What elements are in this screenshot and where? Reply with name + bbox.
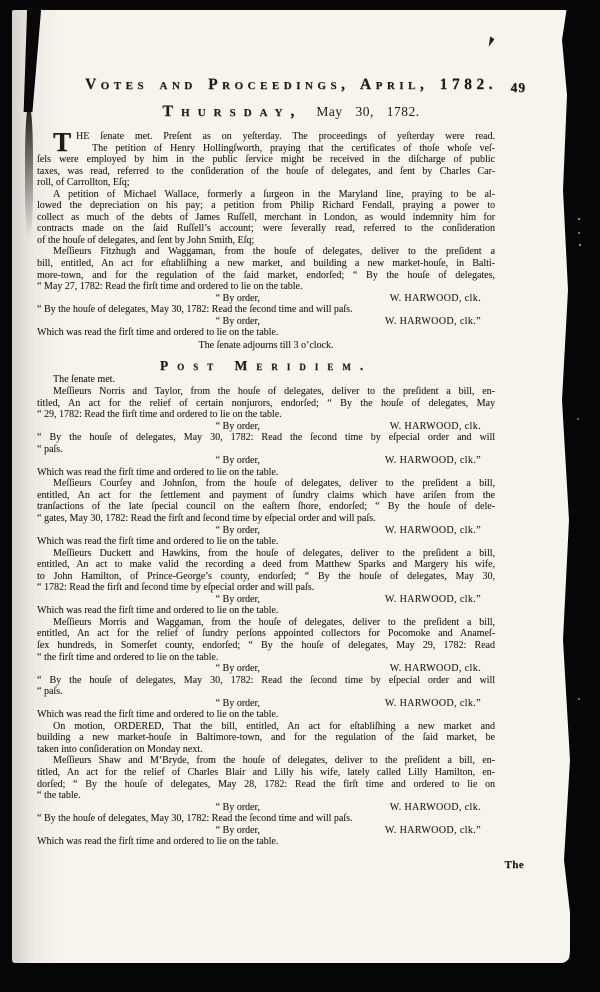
text-line: “ By the houſe of delegates, May 30, 178… xyxy=(37,813,495,825)
text-line: The petition of Henry Hollingſworth, pra… xyxy=(37,143,495,155)
attestation-row: “ By order,W. HARWOOD, clk.” xyxy=(37,525,495,537)
paragraph: Meſſieurs Duckett and Hawkins, from the … xyxy=(37,548,495,594)
paragraph: Which was read the firſt time and ordere… xyxy=(37,536,495,548)
text-line: Which was read the firſt time and ordere… xyxy=(37,467,495,479)
paragraph: Which was read the firſt time and ordere… xyxy=(37,836,495,848)
text-line: Meſſieurs Shaw and M‘Bryde, from the hou… xyxy=(37,755,495,767)
binding-shadow xyxy=(21,8,43,112)
paragraph: Which was read the firſt time and ordere… xyxy=(37,467,495,479)
text-line: roll, of Carrollton, Eſq; xyxy=(37,177,495,189)
text-line: tranſactions of the late ſpecial council… xyxy=(37,501,495,513)
text-line: Which was read the firſt time and ordere… xyxy=(37,836,495,848)
paragraph: Meſſieurs Morris and Waggaman, from the … xyxy=(37,617,495,663)
text-line: Which was read the firſt time and ordere… xyxy=(37,327,495,339)
clerk-signature: W. HARWOOD, clk.” xyxy=(385,698,481,710)
by-order-label: “ By order, xyxy=(216,316,260,328)
by-order-label: “ By order, xyxy=(216,455,260,467)
clerk-signature: W. HARWOOD, clk. xyxy=(390,663,481,675)
text-line: “ paſs. xyxy=(37,686,495,698)
adjournment-line: The ſenate adjourns till 3 o’clock. xyxy=(37,340,495,352)
text-line: Meſſieurs Morris and Waggaman, from the … xyxy=(37,617,495,629)
scan-dust xyxy=(578,218,580,220)
text-line: “ By the houſe of delegates, May 30, 178… xyxy=(37,432,495,444)
paragraph: Which was read the firſt time and ordere… xyxy=(37,605,495,617)
text-line: lowed the depreciation on his pay; a pet… xyxy=(37,200,495,212)
text-line: contracts made on the ſaid Ruſſell’s acc… xyxy=(37,223,495,235)
by-order-label: “ By order, xyxy=(216,421,260,433)
paragraph: “ By the houſe of delegates, May 30, 178… xyxy=(37,813,495,825)
paragraph: Which was read the firſt time and ordere… xyxy=(37,327,495,339)
text-line: taken into conſideration on Monday next. xyxy=(37,744,495,756)
text-line: A petition of Michael Wallace, formerly … xyxy=(37,189,495,201)
text-line: ſels were employed by him in the public … xyxy=(37,154,495,166)
text-line: ſex hundreds, in Somerſet county, endorſ… xyxy=(37,640,495,652)
attestation-row: “ By order,W. HARWOOD, clk.” xyxy=(37,316,495,328)
ink-speck xyxy=(486,36,495,47)
page-header: Votes and Proceedings, April, 1782. 49 xyxy=(12,76,570,94)
attestation-row: “ By order,W. HARWOOD, clk. xyxy=(37,663,495,675)
document-body: THE ſenate met. Preſent as on yeſterday.… xyxy=(12,131,570,848)
clerk-signature: W. HARWOOD, clk.” xyxy=(385,825,481,837)
text-line: Meſſieurs Duckett and Hawkins, from the … xyxy=(37,548,495,560)
text-line: On motion, ORDERED, That the bill, entit… xyxy=(37,721,495,733)
section-heading-post-meridiem: Post Meridiem. xyxy=(37,360,495,372)
page-number: 49 xyxy=(511,80,527,96)
dateline-date: May 30, 1782. xyxy=(316,104,419,119)
scan-background: Votes and Proceedings, April, 1782. 49 T… xyxy=(0,0,600,992)
text-line: entitled, An act for the ſettlement and … xyxy=(37,490,495,502)
dateline: Thursday, May 30, 1782. xyxy=(12,103,570,121)
paragraph: Meſſieurs Shaw and M‘Bryde, from the hou… xyxy=(37,755,495,801)
attestation-row: “ By order,W. HARWOOD, clk. xyxy=(37,802,495,814)
text-line: The ſenate met. xyxy=(37,374,495,386)
text-line: Which was read the firſt time and ordere… xyxy=(37,605,495,617)
text-line: “ 1782: Read the firſt and ſecond time b… xyxy=(37,582,495,594)
text-line: Meſſieurs Norris and Taylor, from the ho… xyxy=(37,386,495,398)
text-line: Meſſieurs Fitzhugh and Waggaman, from th… xyxy=(37,246,495,258)
clerk-signature: W. HARWOOD, clk. xyxy=(390,802,481,814)
by-order-label: “ By order, xyxy=(216,525,260,537)
clerk-signature: W. HARWOOD, clk.” xyxy=(385,316,481,328)
by-order-label: “ By order, xyxy=(216,663,260,675)
by-order-label: “ By order, xyxy=(216,293,260,305)
text-line: more-town, and for the regulation of the… xyxy=(37,270,495,282)
text-line: HE ſenate met. Preſent as on yeſterday. … xyxy=(37,131,495,143)
attestation-row: “ By order,W. HARWOOD, clk.” xyxy=(37,455,495,467)
clerk-signature: W. HARWOOD, clk.” xyxy=(385,455,481,467)
paragraph: Which was read the firſt time and ordere… xyxy=(37,709,495,721)
text-line: “ 29, 1782: Read the firſt time and orde… xyxy=(37,409,495,421)
paragraph: Meſſieurs Fitzhugh and Waggaman, from th… xyxy=(37,246,495,292)
text-line: entitled, An act to make valid the recor… xyxy=(37,559,495,571)
text-line: Meſſieurs Courſey and Johnſon, from the … xyxy=(37,478,495,490)
by-order-label: “ By order, xyxy=(216,825,260,837)
document-page: Votes and Proceedings, April, 1782. 49 T… xyxy=(12,10,570,963)
attestation-row: “ By order,W. HARWOOD, clk. xyxy=(37,293,495,305)
clerk-signature: W. HARWOOD, clk.” xyxy=(385,525,481,537)
attestation-row: “ By order,W. HARWOOD, clk.” xyxy=(37,825,495,837)
text-line: “ paſs. xyxy=(37,444,495,456)
clerk-signature: W. HARWOOD, clk.” xyxy=(385,594,481,606)
text-line: Which was read the firſt time and ordere… xyxy=(37,709,495,721)
catchword: The xyxy=(12,859,570,871)
text-line: titled, An act for the relief of Charles… xyxy=(37,767,495,779)
text-line: “ the firſt time and ordered to lie on t… xyxy=(37,652,495,664)
attestation-row: “ By order,W. HARWOOD, clk.” xyxy=(37,594,495,606)
attestation-row: “ By order,W. HARWOOD, clk.” xyxy=(37,698,495,710)
text-line: Which was read the firſt time and ordere… xyxy=(37,536,495,548)
drop-cap: T xyxy=(53,131,72,153)
text-line: collect as much of the debts of James Ru… xyxy=(37,212,495,224)
document-title: Votes and Proceedings, April, 1782. xyxy=(85,76,497,93)
dateline-day: Thursday, xyxy=(162,103,302,120)
by-order-label: “ By order, xyxy=(216,594,260,606)
text-line: titled, An act for the relief of certain… xyxy=(37,398,495,410)
text-line: building a new market-houſe in Baltimore… xyxy=(37,732,495,744)
paragraph: “ By the houſe of delegates, May 30, 178… xyxy=(37,304,495,316)
text-line: entitled, An act for the relief of ſundr… xyxy=(37,628,495,640)
text-line: “ By the houſe of delegates, May 30, 178… xyxy=(37,304,495,316)
text-line: dorſed; “ By the houſe of delegates, May… xyxy=(37,779,495,791)
paragraph: “ By the houſe of delegates, May 30, 178… xyxy=(37,675,495,698)
text-line: “ the table. xyxy=(37,790,495,802)
clerk-signature: W. HARWOOD, clk. xyxy=(390,293,481,305)
clerk-signature: W. HARWOOD, clk. xyxy=(390,421,481,433)
attestation-row: “ By order,W. HARWOOD, clk. xyxy=(37,421,495,433)
text-line: of the houſe of delegates, and ſent by J… xyxy=(37,235,495,247)
paragraph: “ By the houſe of delegates, May 30, 178… xyxy=(37,432,495,455)
binding-shadow-tail xyxy=(25,108,33,238)
paragraph: THE ſenate met. Preſent as on yeſterday.… xyxy=(37,131,495,189)
paragraph: Meſſieurs Courſey and Johnſon, from the … xyxy=(37,478,495,524)
text-line: to John Hamilton, of Prince-George’s cou… xyxy=(37,571,495,583)
paragraph: On motion, ORDERED, That the bill, entit… xyxy=(37,721,495,756)
text-line: “ May 27, 1782: Read the firſt time and … xyxy=(37,281,495,293)
text-line: taxes, was read, referred to the conſide… xyxy=(37,166,495,178)
by-order-label: “ By order, xyxy=(216,698,260,710)
paragraph: A petition of Michael Wallace, formerly … xyxy=(37,189,495,247)
text-line: bill, entitled, An act for eſtabliſhing … xyxy=(37,258,495,270)
text-line: “ By the houſe of delegates, May 30, 178… xyxy=(37,675,495,687)
text-line: “ gates, May 30, 1782: Read the firſt an… xyxy=(37,513,495,525)
paragraph: The ſenate met. xyxy=(37,374,495,386)
by-order-label: “ By order, xyxy=(216,802,260,814)
paragraph: Meſſieurs Norris and Taylor, from the ho… xyxy=(37,386,495,421)
